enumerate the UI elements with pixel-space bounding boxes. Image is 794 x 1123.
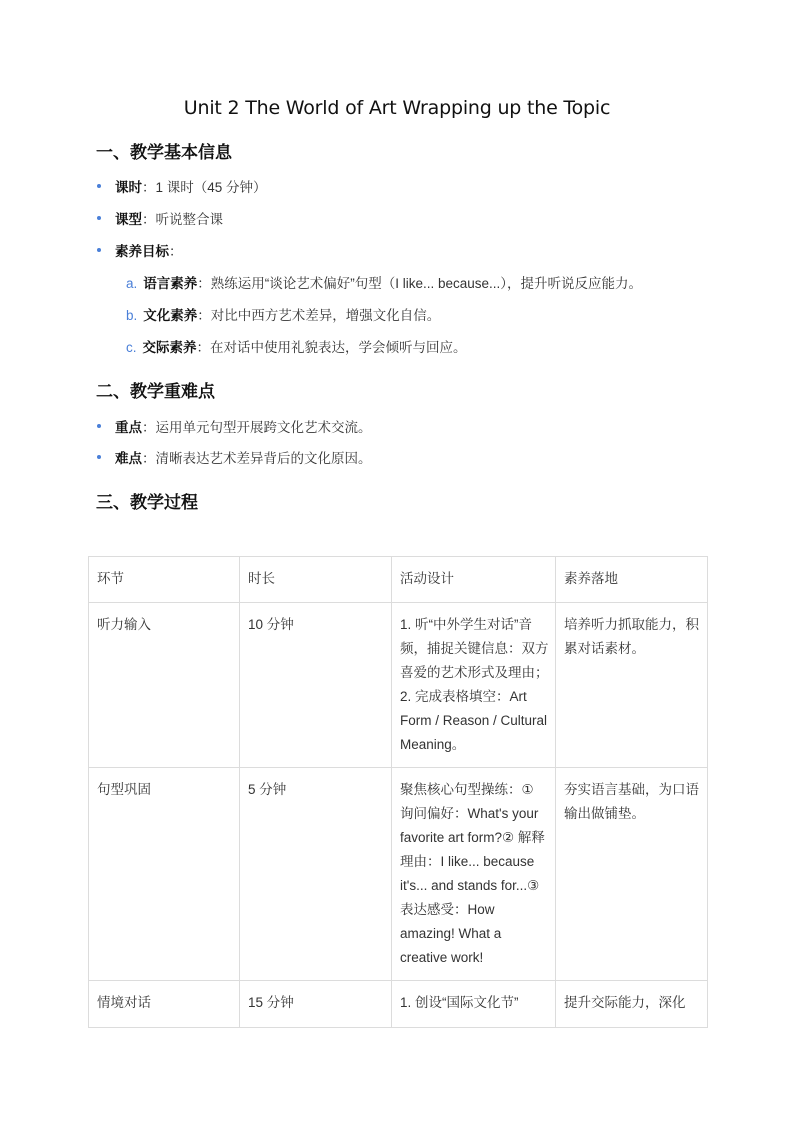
cell-stage: 听力输入: [89, 603, 240, 768]
bullet-text: ：听说整合课: [142, 208, 223, 228]
table-row: 情境对话 15 分钟 1. 创设“国际文化节” 提升交际能力，深化: [89, 981, 708, 1028]
document-title: Unit 2 The World of Art Wrapping up the …: [0, 97, 794, 119]
bullet-label: 难点: [115, 447, 142, 467]
cell-stage: 情境对话: [89, 981, 240, 1028]
bullet-dot-icon: [97, 424, 101, 428]
table-header-row: 环节 时长 活动设计 素养落地: [89, 557, 708, 603]
cell-activity: 聚焦核心句型操练：① 询问偏好：What's your favorite art…: [392, 768, 556, 981]
table-header-cell: 活动设计: [392, 557, 556, 603]
cell-duration: 10 分钟: [240, 603, 392, 768]
table-row: 听力输入 10 分钟 1. 听“中外学生对话”音频，捕捉关键信息：双方喜爱的艺术…: [89, 603, 708, 768]
cell-outcome: 培养听力抓取能力，积累对话素材。: [556, 603, 708, 768]
cell-outcome: 提升交际能力，深化: [556, 981, 708, 1028]
sub-item-label: 交际素养: [143, 340, 197, 355]
cell-activity: 1. 创设“国际文化节”: [392, 981, 556, 1028]
sub-item-text: ：熟练运用“谈论艺术偏好”句型（I like... because...），提升…: [197, 276, 642, 291]
bullet-text: ：清晰表达艺术差异背后的文化原因。: [142, 447, 372, 467]
sub-item-label: 语言素养: [143, 276, 197, 291]
table-header-cell: 素养落地: [556, 557, 708, 603]
bullet-dot-icon: [97, 455, 101, 459]
bullet-dot-icon: [97, 216, 101, 220]
section-heading-process: 三、教学过程: [96, 488, 198, 513]
bullet-key-point: 重点：运用单元句型开展跨文化艺术交流。: [96, 416, 372, 436]
table-header-cell: 时长: [240, 557, 392, 603]
bullet-text: ：: [169, 240, 183, 260]
cell-duration: 15 分钟: [240, 981, 392, 1028]
bullet-difficult-point: 难点：清晰表达艺术差异背后的文化原因。: [96, 447, 372, 467]
sub-item-marker: a.: [126, 276, 137, 291]
bullet-text: ：运用单元句型开展跨文化艺术交流。: [142, 416, 372, 436]
bullet-label: 课型: [115, 208, 142, 228]
bullet-text: ：1 课时（45 分钟）: [142, 176, 267, 196]
bullet-label: 素养目标: [115, 240, 169, 260]
bullet-label: 重点: [115, 416, 142, 436]
cell-duration: 5 分钟: [240, 768, 392, 981]
table-header-cell: 环节: [89, 557, 240, 603]
cell-stage: 句型巩固: [89, 768, 240, 981]
cell-outcome: 夯实语言基础，为口语输出做铺垫。: [556, 768, 708, 981]
teaching-process-table: 环节 时长 活动设计 素养落地 听力输入 10 分钟 1. 听“中外学生对话”音…: [88, 556, 708, 1028]
section-heading-key-points: 二、教学重难点: [96, 377, 215, 402]
table-row: 句型巩固 5 分钟 聚焦核心句型操练：① 询问偏好：What's your fa…: [89, 768, 708, 981]
bullet-dot-icon: [97, 184, 101, 188]
sub-item-language: a.语言素养：熟练运用“谈论艺术偏好”句型（I like... because.…: [126, 272, 642, 292]
sub-item-label: 文化素养: [143, 308, 197, 323]
bullet-label: 课时: [115, 176, 142, 196]
bullet-literacy-goals: 素养目标：: [96, 240, 183, 260]
cell-activity: 1. 听“中外学生对话”音频，捕捉关键信息：双方喜爱的艺术形式及理由；2. 完成…: [392, 603, 556, 768]
sub-item-text: ：对比中西方艺术差异，增强文化自信。: [197, 308, 440, 323]
bullet-dot-icon: [97, 248, 101, 252]
bullet-class-hours: 课时：1 课时（45 分钟）: [96, 176, 267, 196]
section-heading-basic-info: 一、教学基本信息: [96, 138, 232, 163]
sub-item-marker: c.: [126, 340, 137, 355]
sub-item-communication: c.交际素养：在对话中使用礼貌表达，学会倾听与回应。: [126, 336, 467, 356]
sub-item-marker: b.: [126, 308, 137, 323]
bullet-class-type: 课型：听说整合课: [96, 208, 223, 228]
sub-item-text: ：在对话中使用礼貌表达，学会倾听与回应。: [197, 340, 467, 355]
sub-item-culture: b.文化素养：对比中西方艺术差异，增强文化自信。: [126, 304, 440, 324]
